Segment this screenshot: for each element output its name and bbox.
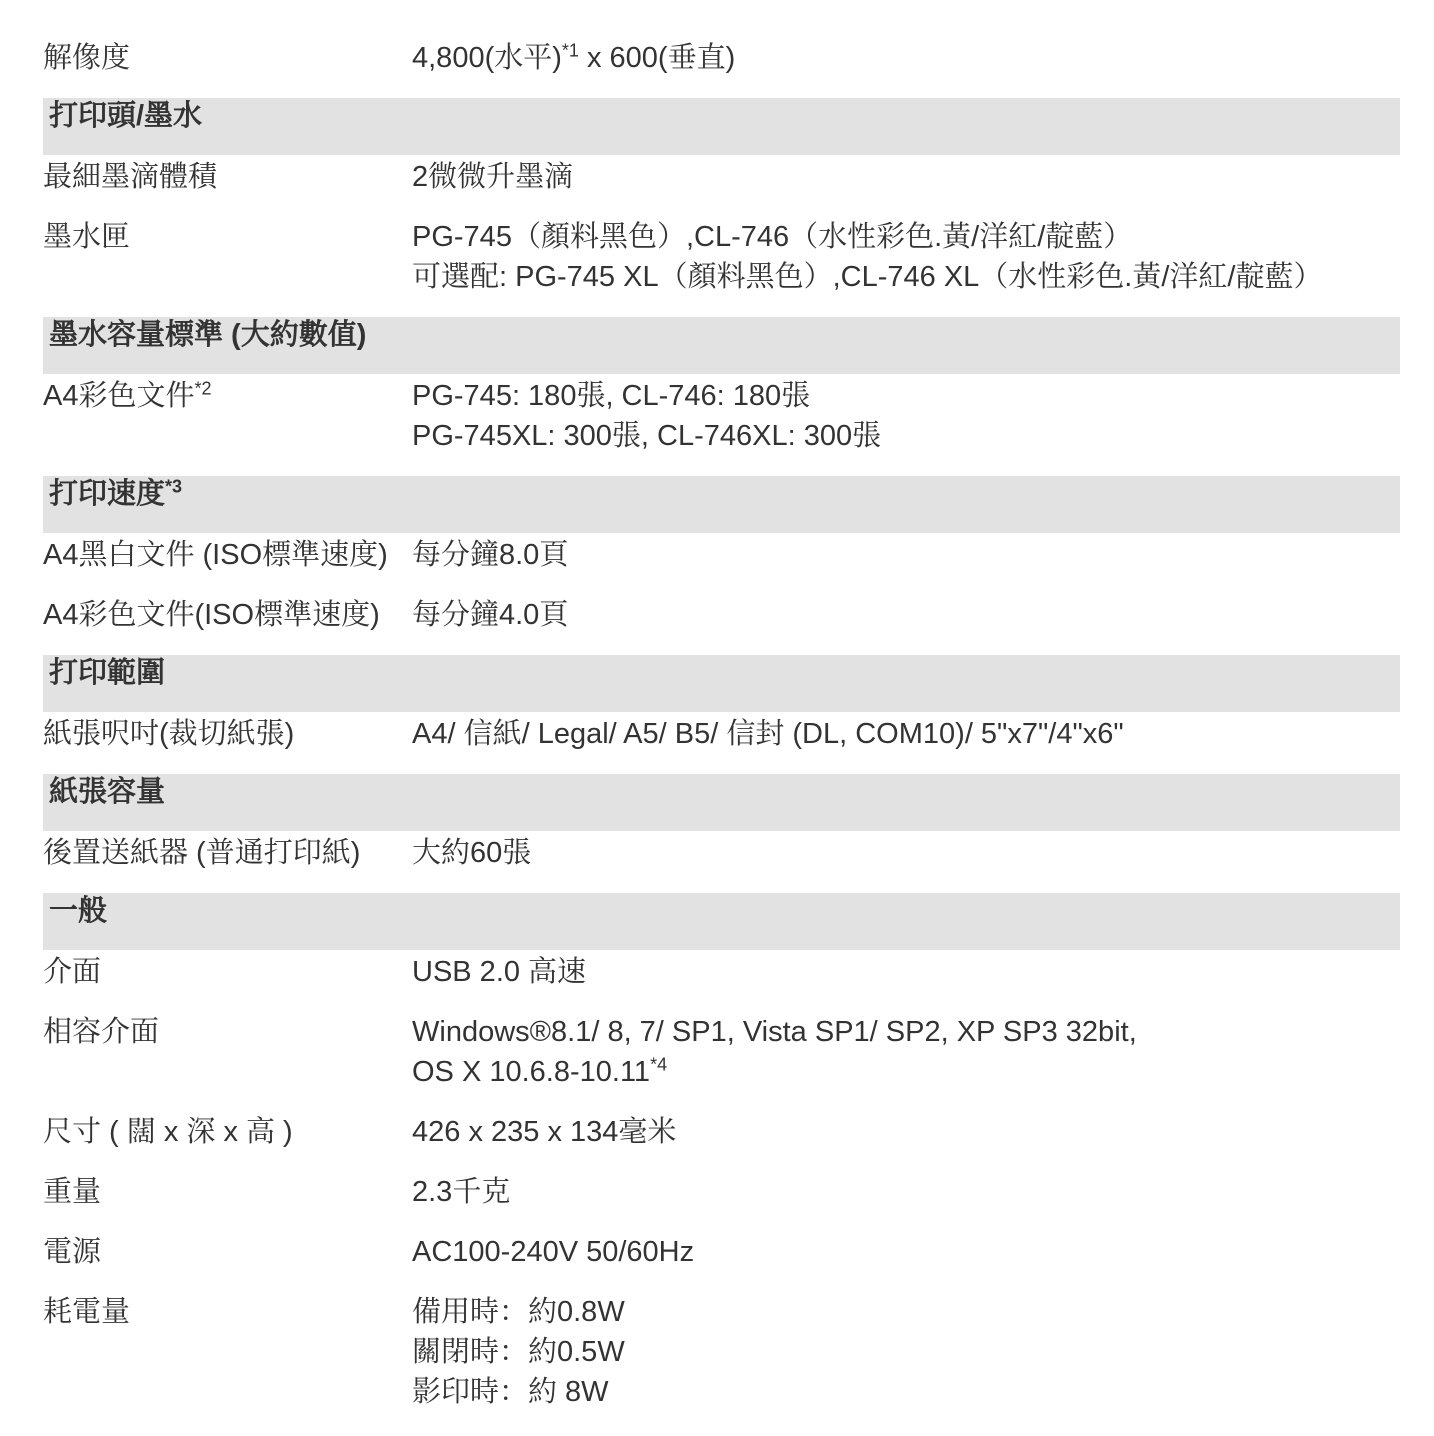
spec-value: USB 2.0 高速: [412, 952, 1400, 992]
spec-value-line: 可選配: PG-745 XL（顏料黑色）,CL-746 XL（水性彩色.黃/洋紅…: [412, 257, 1400, 297]
spec-value-line: AC100-240V 50/60Hz: [412, 1232, 1400, 1272]
spec-value: PG-745: 180張, CL-746: 180張PG-745XL: 300張…: [412, 376, 1400, 456]
spec-value-line: 關閉時：約0.5W: [412, 1332, 1400, 1372]
spec-value-line: 大約60張: [412, 833, 1400, 873]
text-segment: 尺寸 ( 闊 x 深 x 高 ): [43, 1116, 293, 1148]
spec-value-line: PG-745（顏料黑色）,CL-746（水性彩色.黃/洋紅/靛藍）: [412, 217, 1400, 257]
text-segment: 墨水匣: [43, 221, 130, 253]
spec-value: 4,800(水平)*1 x 600(垂直): [412, 38, 1400, 78]
spec-value-line: 4,800(水平)*1 x 600(垂直): [412, 38, 1400, 78]
text-segment: 解像度: [43, 42, 130, 74]
spec-label: A4黑白文件 (ISO標準速度): [43, 535, 412, 575]
text-segment: 一般: [49, 895, 107, 927]
spec-value-line: A4/ 信紙/ Legal/ A5/ B5/ 信封 (DL, COM10)/ 5…: [412, 714, 1400, 754]
spec-row: 介面USB 2.0 高速: [43, 952, 1400, 992]
spec-value-line: 2微微升墨滴: [412, 157, 1400, 197]
text-segment: 墨水容量標準 (大約數值): [49, 319, 366, 351]
spec-value-line: OS X 10.6.8-10.11*4: [412, 1052, 1400, 1092]
spec-label: 介面: [43, 952, 412, 992]
spec-label: 墨水匣: [43, 217, 412, 257]
superscript-note: *1: [562, 40, 579, 60]
spec-row: A4彩色文件*2PG-745: 180張, CL-746: 180張PG-745…: [43, 376, 1400, 456]
text-segment: A4黑白文件 (ISO標準速度): [43, 539, 388, 571]
spec-value: 每分鐘4.0頁: [412, 595, 1400, 635]
spec-value-line: 426 x 235 x 134毫米: [412, 1112, 1400, 1152]
spec-value-line: 影印時：約 8W: [412, 1372, 1400, 1412]
text-segment: 每分鐘4.0頁: [412, 599, 568, 631]
text-segment: 耗電量: [43, 1296, 130, 1328]
text-segment: 相容介面: [43, 1016, 159, 1048]
spec-value: PG-745（顏料黑色）,CL-746（水性彩色.黃/洋紅/靛藍）可選配: PG…: [412, 217, 1400, 297]
text-segment: 可選配: PG-745 XL（顏料黑色）,CL-746 XL（水性彩色.黃/洋紅…: [412, 261, 1322, 293]
section-header: 一般: [43, 893, 1400, 950]
spec-row: 解像度4,800(水平)*1 x 600(垂直): [43, 38, 1400, 78]
text-segment: 後置送紙器 (普通打印紙): [43, 837, 360, 869]
text-segment: 每分鐘8.0頁: [412, 539, 568, 571]
text-segment: 影印時：約 8W: [412, 1376, 609, 1408]
spec-row: 重量2.3千克: [43, 1172, 1400, 1212]
text-segment: 打印頭/墨水: [49, 100, 202, 132]
text-segment: A4彩色文件: [43, 380, 194, 412]
text-segment: 介面: [43, 956, 101, 988]
spec-value: 2微微升墨滴: [412, 157, 1400, 197]
spec-row: A4彩色文件(ISO標準速度)每分鐘4.0頁: [43, 595, 1400, 635]
text-segment: 最細墨滴體積: [43, 161, 217, 193]
section-header: 紙張容量: [43, 774, 1400, 831]
spec-value-line: PG-745: 180張, CL-746: 180張: [412, 376, 1400, 416]
section-header: 打印頭/墨水: [43, 98, 1400, 155]
text-segment: PG-745XL: 300張, CL-746XL: 300張: [412, 420, 881, 452]
spec-value: 大約60張: [412, 833, 1400, 873]
spec-row: 最細墨滴體積2微微升墨滴: [43, 157, 1400, 197]
spec-value-line: 2.3千克: [412, 1172, 1400, 1212]
spec-label: 電源: [43, 1232, 412, 1272]
spec-row: A4黑白文件 (ISO標準速度)每分鐘8.0頁: [43, 535, 1400, 575]
spec-row: 後置送紙器 (普通打印紙)大約60張: [43, 833, 1400, 873]
text-segment: PG-745（顏料黑色）,CL-746（水性彩色.黃/洋紅/靛藍）: [412, 221, 1132, 253]
spec-value-line: USB 2.0 高速: [412, 952, 1400, 992]
spec-value: 每分鐘8.0頁: [412, 535, 1400, 575]
text-segment: 紙張呎吋(裁切紙張): [43, 718, 294, 750]
superscript-note: *4: [650, 1054, 667, 1074]
spec-value: 2.3千克: [412, 1172, 1400, 1212]
spec-row: 相容介面Windows®8.1/ 8, 7/ SP1, Vista SP1/ S…: [43, 1012, 1400, 1092]
text-segment: A4彩色文件(ISO標準速度): [43, 599, 380, 631]
printer-spec-table: 解像度4,800(水平)*1 x 600(垂直)打印頭/墨水最細墨滴體積2微微升…: [0, 0, 1434, 1412]
text-segment: 打印速度: [49, 478, 165, 510]
text-segment: 426 x 235 x 134毫米: [412, 1116, 676, 1148]
text-segment: 電源: [43, 1236, 101, 1268]
text-segment: USB 2.0 高速: [412, 956, 586, 988]
section-header: 打印範圍: [43, 655, 1400, 712]
superscript-note: *3: [165, 476, 182, 496]
section-header: 墨水容量標準 (大約數值): [43, 317, 1400, 374]
text-segment: 紙張容量: [49, 776, 165, 808]
text-segment: A4/ 信紙/ Legal/ A5/ B5/ 信封 (DL, COM10)/ 5…: [412, 718, 1124, 750]
superscript-note: *2: [194, 378, 211, 398]
spec-row: 電源AC100-240V 50/60Hz: [43, 1232, 1400, 1272]
spec-label: 重量: [43, 1172, 412, 1212]
spec-value: A4/ 信紙/ Legal/ A5/ B5/ 信封 (DL, COM10)/ 5…: [412, 714, 1400, 754]
spec-row: 墨水匣PG-745（顏料黑色）,CL-746（水性彩色.黃/洋紅/靛藍）可選配:…: [43, 217, 1400, 297]
spec-label: 解像度: [43, 38, 412, 78]
text-segment: 重量: [43, 1176, 101, 1208]
spec-row: 紙張呎吋(裁切紙張)A4/ 信紙/ Legal/ A5/ B5/ 信封 (DL,…: [43, 714, 1400, 754]
text-segment: x 600(垂直): [579, 42, 735, 74]
text-segment: Windows®8.1/ 8, 7/ SP1, Vista SP1/ SP2, …: [412, 1016, 1137, 1048]
text-segment: 打印範圍: [49, 657, 165, 689]
spec-label: 最細墨滴體積: [43, 157, 412, 197]
text-segment: 備用時：約0.8W: [412, 1296, 625, 1328]
text-segment: OS X 10.6.8-10.11: [412, 1056, 650, 1088]
text-segment: AC100-240V 50/60Hz: [412, 1236, 694, 1268]
spec-label: 耗電量: [43, 1292, 412, 1332]
spec-value-line: 每分鐘8.0頁: [412, 535, 1400, 575]
text-segment: 4,800(水平): [412, 42, 562, 74]
text-segment: 2微微升墨滴: [412, 161, 573, 193]
spec-label: 後置送紙器 (普通打印紙): [43, 833, 412, 873]
spec-label: A4彩色文件*2: [43, 376, 412, 416]
section-header: 打印速度*3: [43, 476, 1400, 533]
spec-value: AC100-240V 50/60Hz: [412, 1232, 1400, 1272]
text-segment: 大約60張: [412, 837, 531, 869]
spec-label: 紙張呎吋(裁切紙張): [43, 714, 412, 754]
text-segment: 關閉時：約0.5W: [412, 1336, 625, 1368]
spec-value-line: 每分鐘4.0頁: [412, 595, 1400, 635]
spec-value: Windows®8.1/ 8, 7/ SP1, Vista SP1/ SP2, …: [412, 1012, 1400, 1092]
spec-label: A4彩色文件(ISO標準速度): [43, 595, 412, 635]
spec-value: 426 x 235 x 134毫米: [412, 1112, 1400, 1152]
text-segment: 2.3千克: [412, 1176, 510, 1208]
text-segment: PG-745: 180張, CL-746: 180張: [412, 380, 810, 412]
spec-value-line: Windows®8.1/ 8, 7/ SP1, Vista SP1/ SP2, …: [412, 1012, 1400, 1052]
spec-label: 相容介面: [43, 1012, 412, 1052]
spec-value-line: PG-745XL: 300張, CL-746XL: 300張: [412, 416, 1400, 456]
spec-value-line: 備用時：約0.8W: [412, 1292, 1400, 1332]
spec-label: 尺寸 ( 闊 x 深 x 高 ): [43, 1112, 412, 1152]
spec-row: 尺寸 ( 闊 x 深 x 高 )426 x 235 x 134毫米: [43, 1112, 1400, 1152]
spec-row: 耗電量備用時：約0.8W關閉時：約0.5W影印時：約 8W: [43, 1292, 1400, 1412]
spec-value: 備用時：約0.8W關閉時：約0.5W影印時：約 8W: [412, 1292, 1400, 1412]
